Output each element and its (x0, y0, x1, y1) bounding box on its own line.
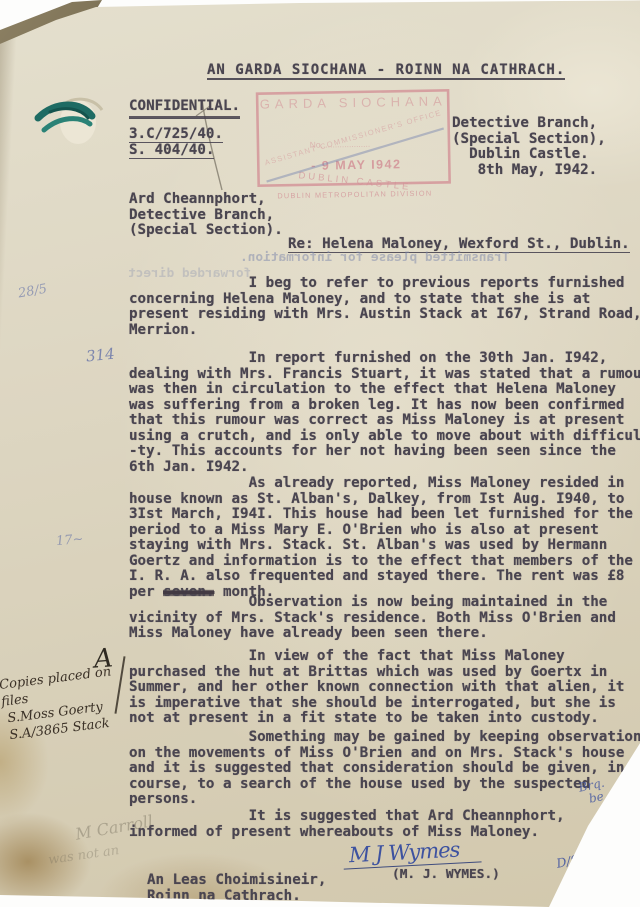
paragraph-6: Something may be gained by keeping obser… (129, 730, 640, 808)
reference-number-2: S. 404/40. (129, 142, 214, 158)
paper-sheet: AN GARDA SIOCHANA - ROINN NA CATHRACH. C… (0, 0, 640, 907)
inserted-correction-note: Brq. be (578, 777, 609, 808)
signature-rank-ref: D/St. 78 (555, 846, 609, 871)
paragraph-7: It is suggested that Ard Cheannphort, in… (129, 809, 565, 840)
handwritten-signature: M J Wymes (342, 836, 482, 869)
showthrough-text: Transmitted please for information. (240, 250, 510, 265)
paragraph-3: As already reported, Miss Maloney reside… (129, 476, 633, 600)
sender-address-block: Detective Branch, (Special Section), Dub… (452, 116, 606, 178)
svg-text:DUBLIN METROPOLITAN DIVISION: DUBLIN METROPOLITAN DIVISION (277, 189, 432, 201)
file-reference-note: Copies placed on files S.Moss Goerty S.A… (0, 663, 118, 744)
reference-number-1: 3.C/725/40. (129, 126, 223, 142)
svg-text:GARDA SIOCHANA: GARDA SIOCHANA (260, 93, 447, 111)
margin-squiggle-note: 17~ (55, 532, 84, 549)
paragraph-2: In report furnished on the 30th Jan. I94… (129, 351, 640, 475)
margin-date-note: 28/5 (17, 282, 48, 302)
pencil-faint-note: was not an (47, 843, 120, 868)
classification-label: CONFIDENTIAL. (129, 98, 240, 119)
document-title: AN GARDA SIOCHANA - ROINN NA CATHRACH. (207, 62, 565, 78)
margin-slash-mark (114, 656, 125, 714)
svg-text:No.....................: No..................... (310, 139, 371, 150)
typed-signature: (M. J. WYMES.) (392, 867, 500, 882)
paragraph-1: I beg to refer to previous reports furni… (129, 276, 640, 338)
scanned-document-screenshot: AN GARDA SIOCHANA - ROINN NA CATHRACH. C… (0, 0, 640, 907)
footer-addressee: An Leas Choimisineir, Roinn na Cathrach. (147, 873, 326, 904)
margin-number-note: 314 (85, 345, 115, 366)
paragraph-4: Observation is now being maintained in t… (129, 595, 616, 642)
received-date-stamp: GARDA SIOCHANA ASSISTANT COMMISSIONER'S … (255, 88, 453, 203)
paragraph-5: In view of the fact that Miss Maloney pu… (129, 649, 624, 727)
recipient-address-block: Ard Cheannphort, Detective Branch, (Spec… (129, 192, 283, 239)
binding-thread-icon (30, 78, 130, 178)
